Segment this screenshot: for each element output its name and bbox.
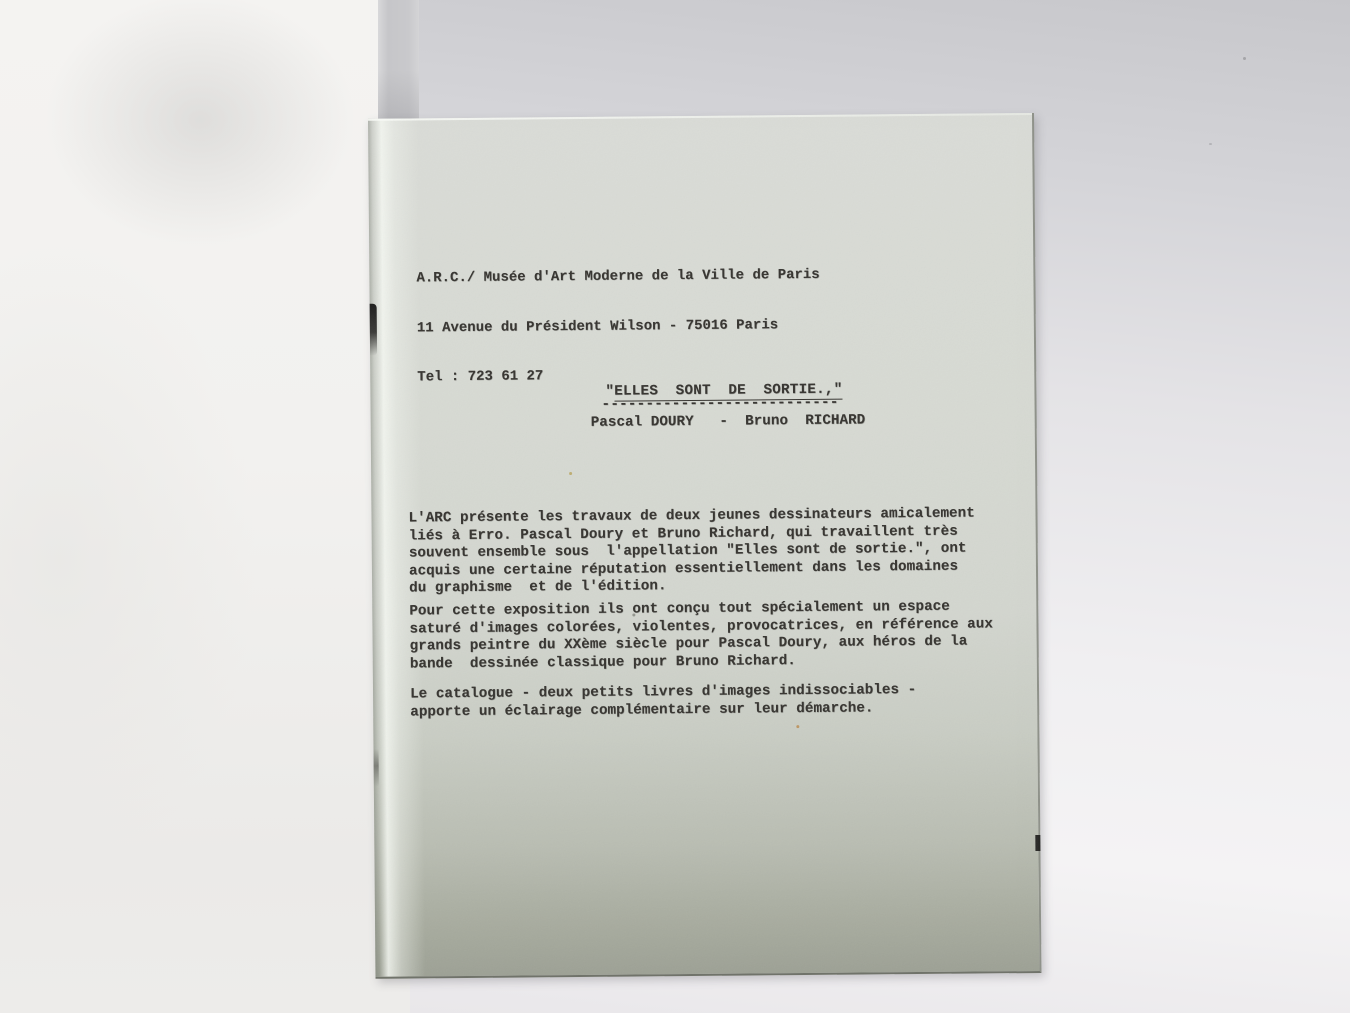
authors-byline: Pascal DOURY - Bruno RICHARD [591,412,866,430]
body-paragraph-3: Le catalogue - deux petits livres d'imag… [410,682,916,721]
spine-shadow-mark-lower [374,749,379,787]
letterhead-address-line: 11 Avenue du Président Wilson - 75016 Pa… [417,316,820,336]
scanned-page-photograph: A.R.C./ Musée d'Art Moderne de la Ville … [0,0,1350,1013]
paper-speck [796,725,799,728]
right-edge-dark-mark [1035,835,1040,851]
spine-shadow-mark-upper [370,304,377,356]
dust-speck [1209,143,1212,145]
paper-speck [569,472,572,475]
scanner-backdrop-left [0,0,420,1013]
body-paragraph-2: Pour cette exposition ils ont conçu tout… [409,598,993,673]
title-dashed-underline: --------------------------- [601,395,838,414]
body-paragraph-1: L'ARC présente les travaux de deux jeune… [408,506,975,598]
dust-speck [1243,57,1246,60]
document-page: A.R.C./ Musée d'Art Moderne de la Ville … [368,113,1041,979]
letterhead-org-line: A.R.C./ Musée d'Art Moderne de la Ville … [416,267,819,287]
background-strip [378,0,419,128]
